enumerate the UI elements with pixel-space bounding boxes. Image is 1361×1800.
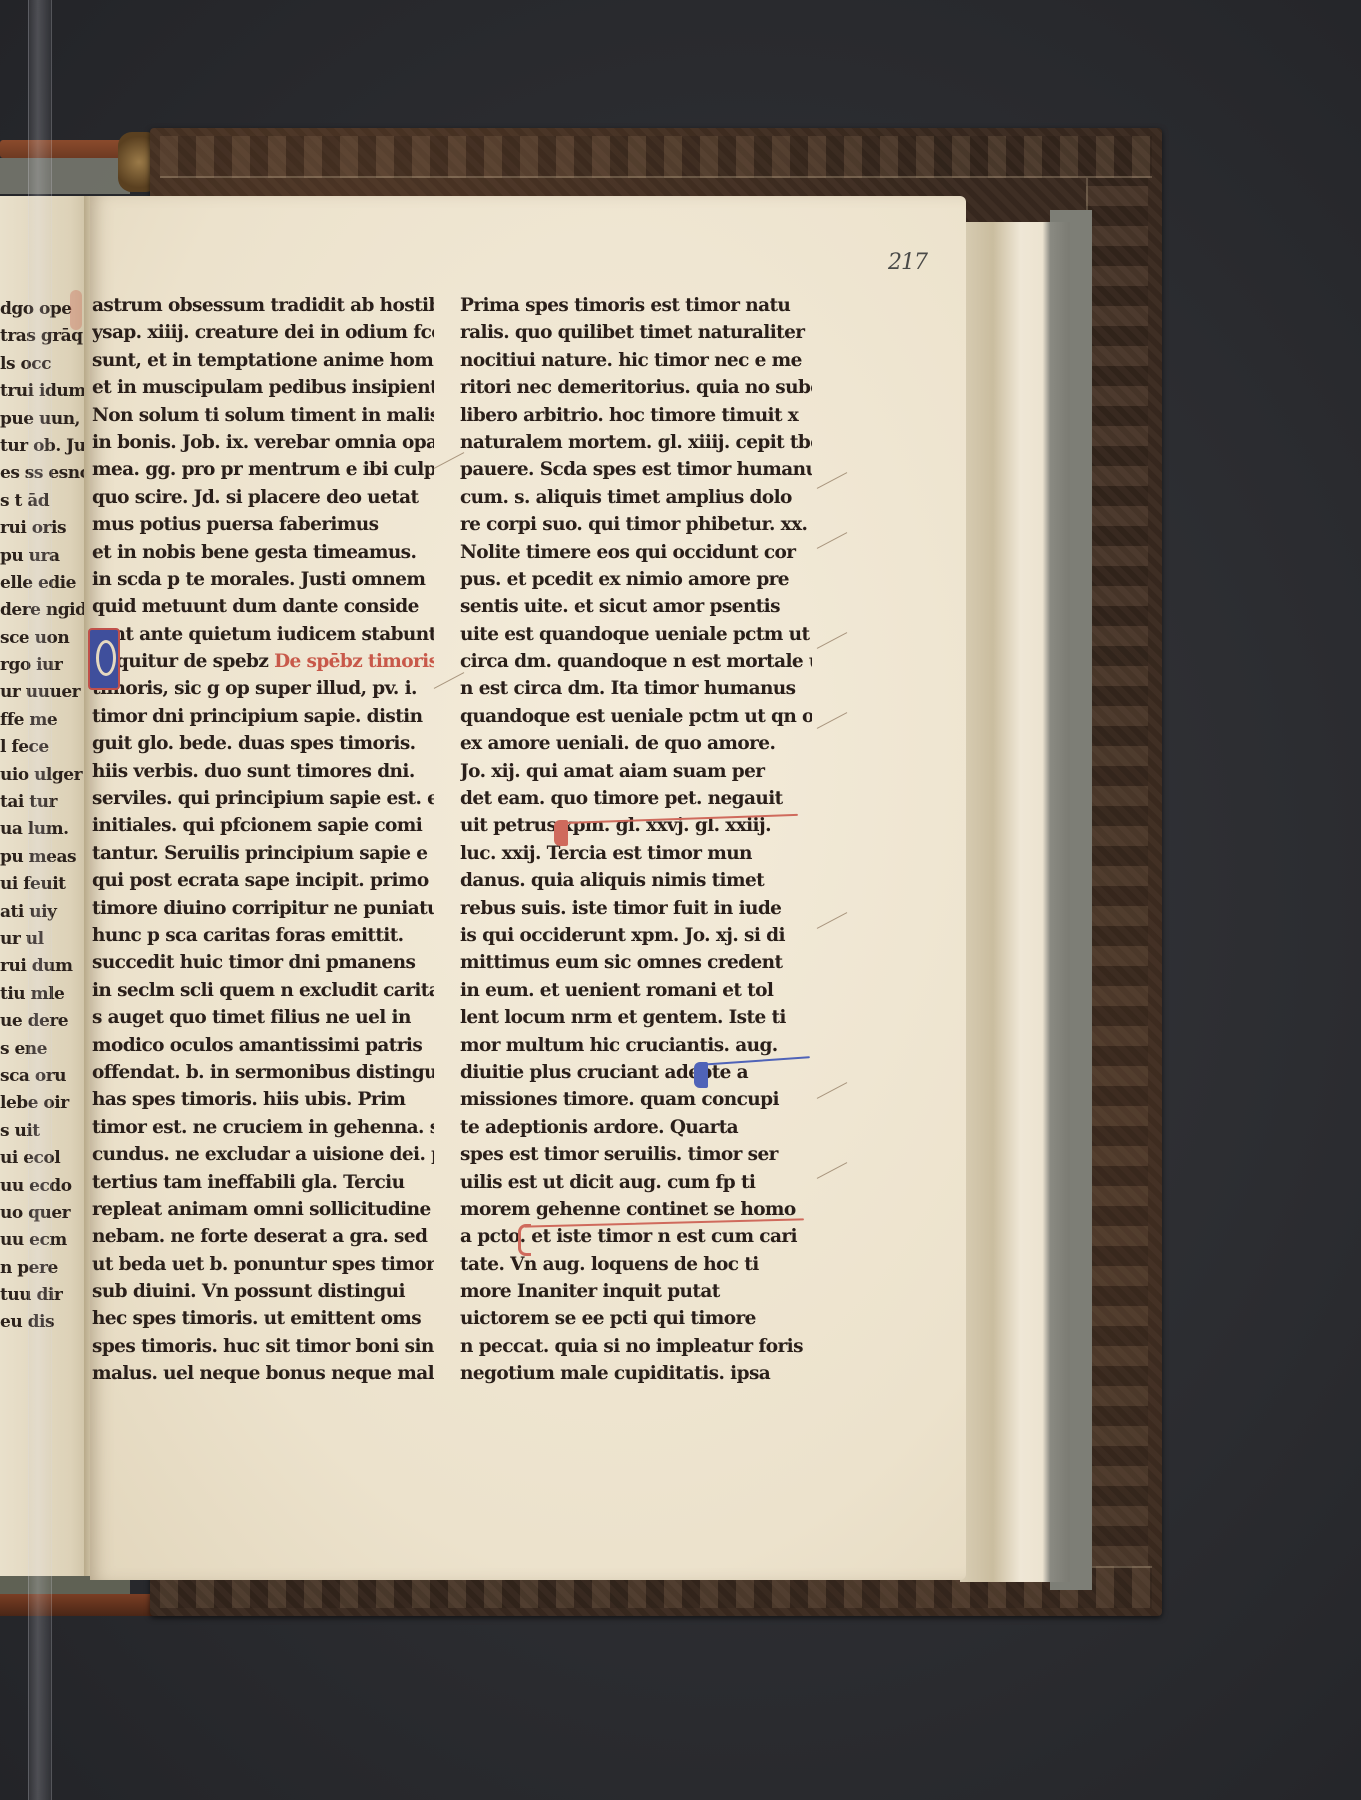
manuscript-line: quo scire. Jd. si placere deo uetat [92, 484, 434, 511]
manuscript-line: hunc p sca caritas foras emittit. [92, 922, 434, 949]
manuscript-line: hec spes timoris. ut emittent oms [92, 1305, 434, 1332]
manuscript-line: is qui occiderunt xpm. Jo. xj. si di [460, 922, 812, 949]
blind-tooled-border-right [1086, 178, 1148, 1566]
manuscript-line: ex amore ueniali. de quo amore. [460, 730, 812, 757]
manuscript-line: te adeptionis ardore. Quarta [460, 1114, 812, 1141]
spine-cloth-top [0, 158, 130, 194]
manuscript-line: repleat animam omni sollicitudine te [92, 1196, 434, 1223]
manuscript-line: qui post ecrata sape incipit. primo [92, 867, 434, 894]
manuscript-line: n est circa dm. Ita timor humanus [460, 675, 812, 702]
clear-support-strip [28, 0, 52, 1800]
manuscript-line: sub diuini. Vn possunt distingui [92, 1278, 434, 1305]
manuscript-line: in eum. et uenient romani et tol [460, 977, 812, 1004]
manuscript-line: in bonis. Job. ix. verebar omnia opa [92, 429, 434, 456]
manuscript-line: offendat. b. in sermonibus distinguit [92, 1059, 434, 1086]
manuscript-line: uictorem se ee pcti qui timore [460, 1305, 812, 1332]
manuscript-line: guit glo. bede. duas spes timoris. [92, 730, 434, 757]
manuscript-line: timor dni principium sapie. distin [92, 703, 434, 730]
manuscript-line: serviles. qui principium sapie est. et [92, 785, 434, 812]
blue-paraph-mark [694, 1062, 708, 1088]
manuscript-line: timoris, sic g op super illud, pv. i. [92, 675, 434, 702]
manuscript-line: succedit huic timor dni pmanens [92, 949, 434, 976]
manuscript-line: Nolite timere eos qui occidunt cor [460, 539, 812, 566]
manuscript-line: timore diuino corripitur ne puniatur. [92, 895, 434, 922]
manuscript-line: tate. Vn aug. loquens de hoc ti [460, 1251, 812, 1278]
manuscript-line: quandoque est ueniale pctm ut qn oritur [460, 703, 812, 730]
manuscript-line: spes est timor seruilis. timor ser [460, 1141, 812, 1168]
manuscript-line: ralis. quo quilibet timet naturaliter [460, 319, 812, 346]
manuscript-line: a pcto. et iste timor n est cum cari [460, 1223, 812, 1250]
blue-decorated-initial [88, 628, 120, 690]
manuscript-line: n peccat. quia si no impleatur foris [460, 1333, 812, 1360]
manuscript-line: cundus. ne excludar a uisione dei. pr [92, 1141, 434, 1168]
manuscript-line: sunt, et in temptatione anime hom. [92, 347, 434, 374]
manuscript-line: cum. s. aliquis timet amplius dolo [460, 484, 812, 511]
manuscript-line: hiis verbis. duo sunt timores dni. [92, 758, 434, 785]
manuscript-line: naturalem mortem. gl. xiiij. cepit tbe [460, 429, 812, 456]
manuscript-line: missiones timore. quam concupi [460, 1086, 812, 1113]
manuscript-line: Jo. xij. qui amat aiam suam per [460, 758, 812, 785]
red-stain [70, 290, 82, 330]
manuscript-line: mor multum hic cruciantis. aug. [460, 1032, 812, 1059]
page-stack-fore-edge [960, 222, 1070, 1582]
manuscript-line: malus. uel neque bonus neque malus. [92, 1360, 434, 1387]
rubric-heading: De spēbz timoris. [274, 651, 434, 672]
blind-tooled-border-top [160, 136, 1152, 178]
red-paraph-mark-2 [518, 1224, 531, 1256]
manuscript-line: quid metuunt dum dante conside [92, 593, 434, 620]
manuscript-line: rant ante quietum iudicem stabunt. [92, 621, 434, 648]
manuscript-line: et in nobis bene gesta timeamus. [92, 539, 434, 566]
folio-number: 217 [888, 250, 927, 275]
manuscript-line: ysap. xiiij. creature dei in odium fce [92, 319, 434, 346]
manuscript-line: s auget quo timet filius ne uel in [92, 1004, 434, 1031]
manuscript-line: diuitie plus cruciant adepte a [460, 1059, 812, 1086]
manuscript-line: timor est. ne cruciem in gehenna. se [92, 1114, 434, 1141]
manuscript-line: nebam. ne forte deserat a gra. sed [92, 1223, 434, 1250]
manuscript-line: negotium male cupiditatis. ipsa [460, 1360, 812, 1387]
manuscript-line: det eam. quo timore pet. negauit [460, 785, 812, 812]
manuscript-line: ritori nec demeritorius. quia no subest [460, 374, 812, 401]
manuscript-line: libero arbitrio. hoc timore timuit x [460, 402, 812, 429]
manuscript-line: Non solum ti solum timent in malis sed [92, 402, 434, 429]
manuscript-line: has spes timoris. hiis ubis. Prim [92, 1086, 434, 1113]
manuscript-line: astrum obsessum tradidit ab hostibus [92, 292, 434, 319]
manuscript-line: circa dm. quandoque n est mortale ut qn [460, 648, 812, 675]
manuscript-line: luc. xxij. Tercia est timor mun [460, 840, 812, 867]
manuscript-line: mus potius puersa faberimus [92, 511, 434, 538]
manuscript-line: Prima spes timoris est timor natu [460, 292, 812, 319]
manuscript-line: rebus suis. iste timor fuit in iude [460, 895, 812, 922]
manuscript-line: in scda p te morales. Justi omnem [92, 566, 434, 593]
manuscript-line: ut beda uet b. ponuntur spes timoris [92, 1251, 434, 1278]
manuscript-line: re corpi suo. qui timor phibetur. xx. [460, 511, 812, 538]
manuscript-line: mittimus eum sic omnes credent [460, 949, 812, 976]
manuscript-line: uite est quandoque ueniale pctm ut qn es… [460, 621, 812, 648]
manuscript-line: Sequitur de spebz De spēbz timoris. [92, 648, 434, 675]
manuscript-line: tantur. Seruilis principium sapie e [92, 840, 434, 867]
manuscript-line: lent locum nrm et gentem. Iste ti [460, 1004, 812, 1031]
manuscript-line: sentis uite. et sicut amor psentis [460, 593, 812, 620]
manuscript-line: mea. gg. pro pr mentrum e ibi culpa [92, 456, 434, 483]
manuscript-line: uilis est ut dicit aug. cum fp ti [460, 1169, 812, 1196]
manuscript-line: pauere. Scda spes est timor humanus [460, 456, 812, 483]
tailband [0, 1594, 160, 1616]
manuscript-line: et in muscipulam pedibus insipientiu. [92, 374, 434, 401]
manuscript-line: in seclm scli quem n excludit caritas. [92, 977, 434, 1004]
text-column-left: astrum obsessum tradidit ab hostibusysap… [92, 292, 434, 1388]
manuscript-line: more Inaniter inquit putat [460, 1278, 812, 1305]
manuscript-line: modico oculos amantissimi patris [92, 1032, 434, 1059]
manuscript-line: initiales. qui pfcionem sapie comi [92, 812, 434, 839]
manuscript-line: danus. quia aliquis nimis timet [460, 867, 812, 894]
manuscript-line: spes timoris. huc sit timor boni sine [92, 1333, 434, 1360]
manuscript-line: tertius tam ineffabili gla. Terciu [92, 1169, 434, 1196]
manuscript-line: pus. et pcedit ex nimio amore pre [460, 566, 812, 593]
manuscript-line: nocitiui nature. hic timor nec e me [460, 347, 812, 374]
